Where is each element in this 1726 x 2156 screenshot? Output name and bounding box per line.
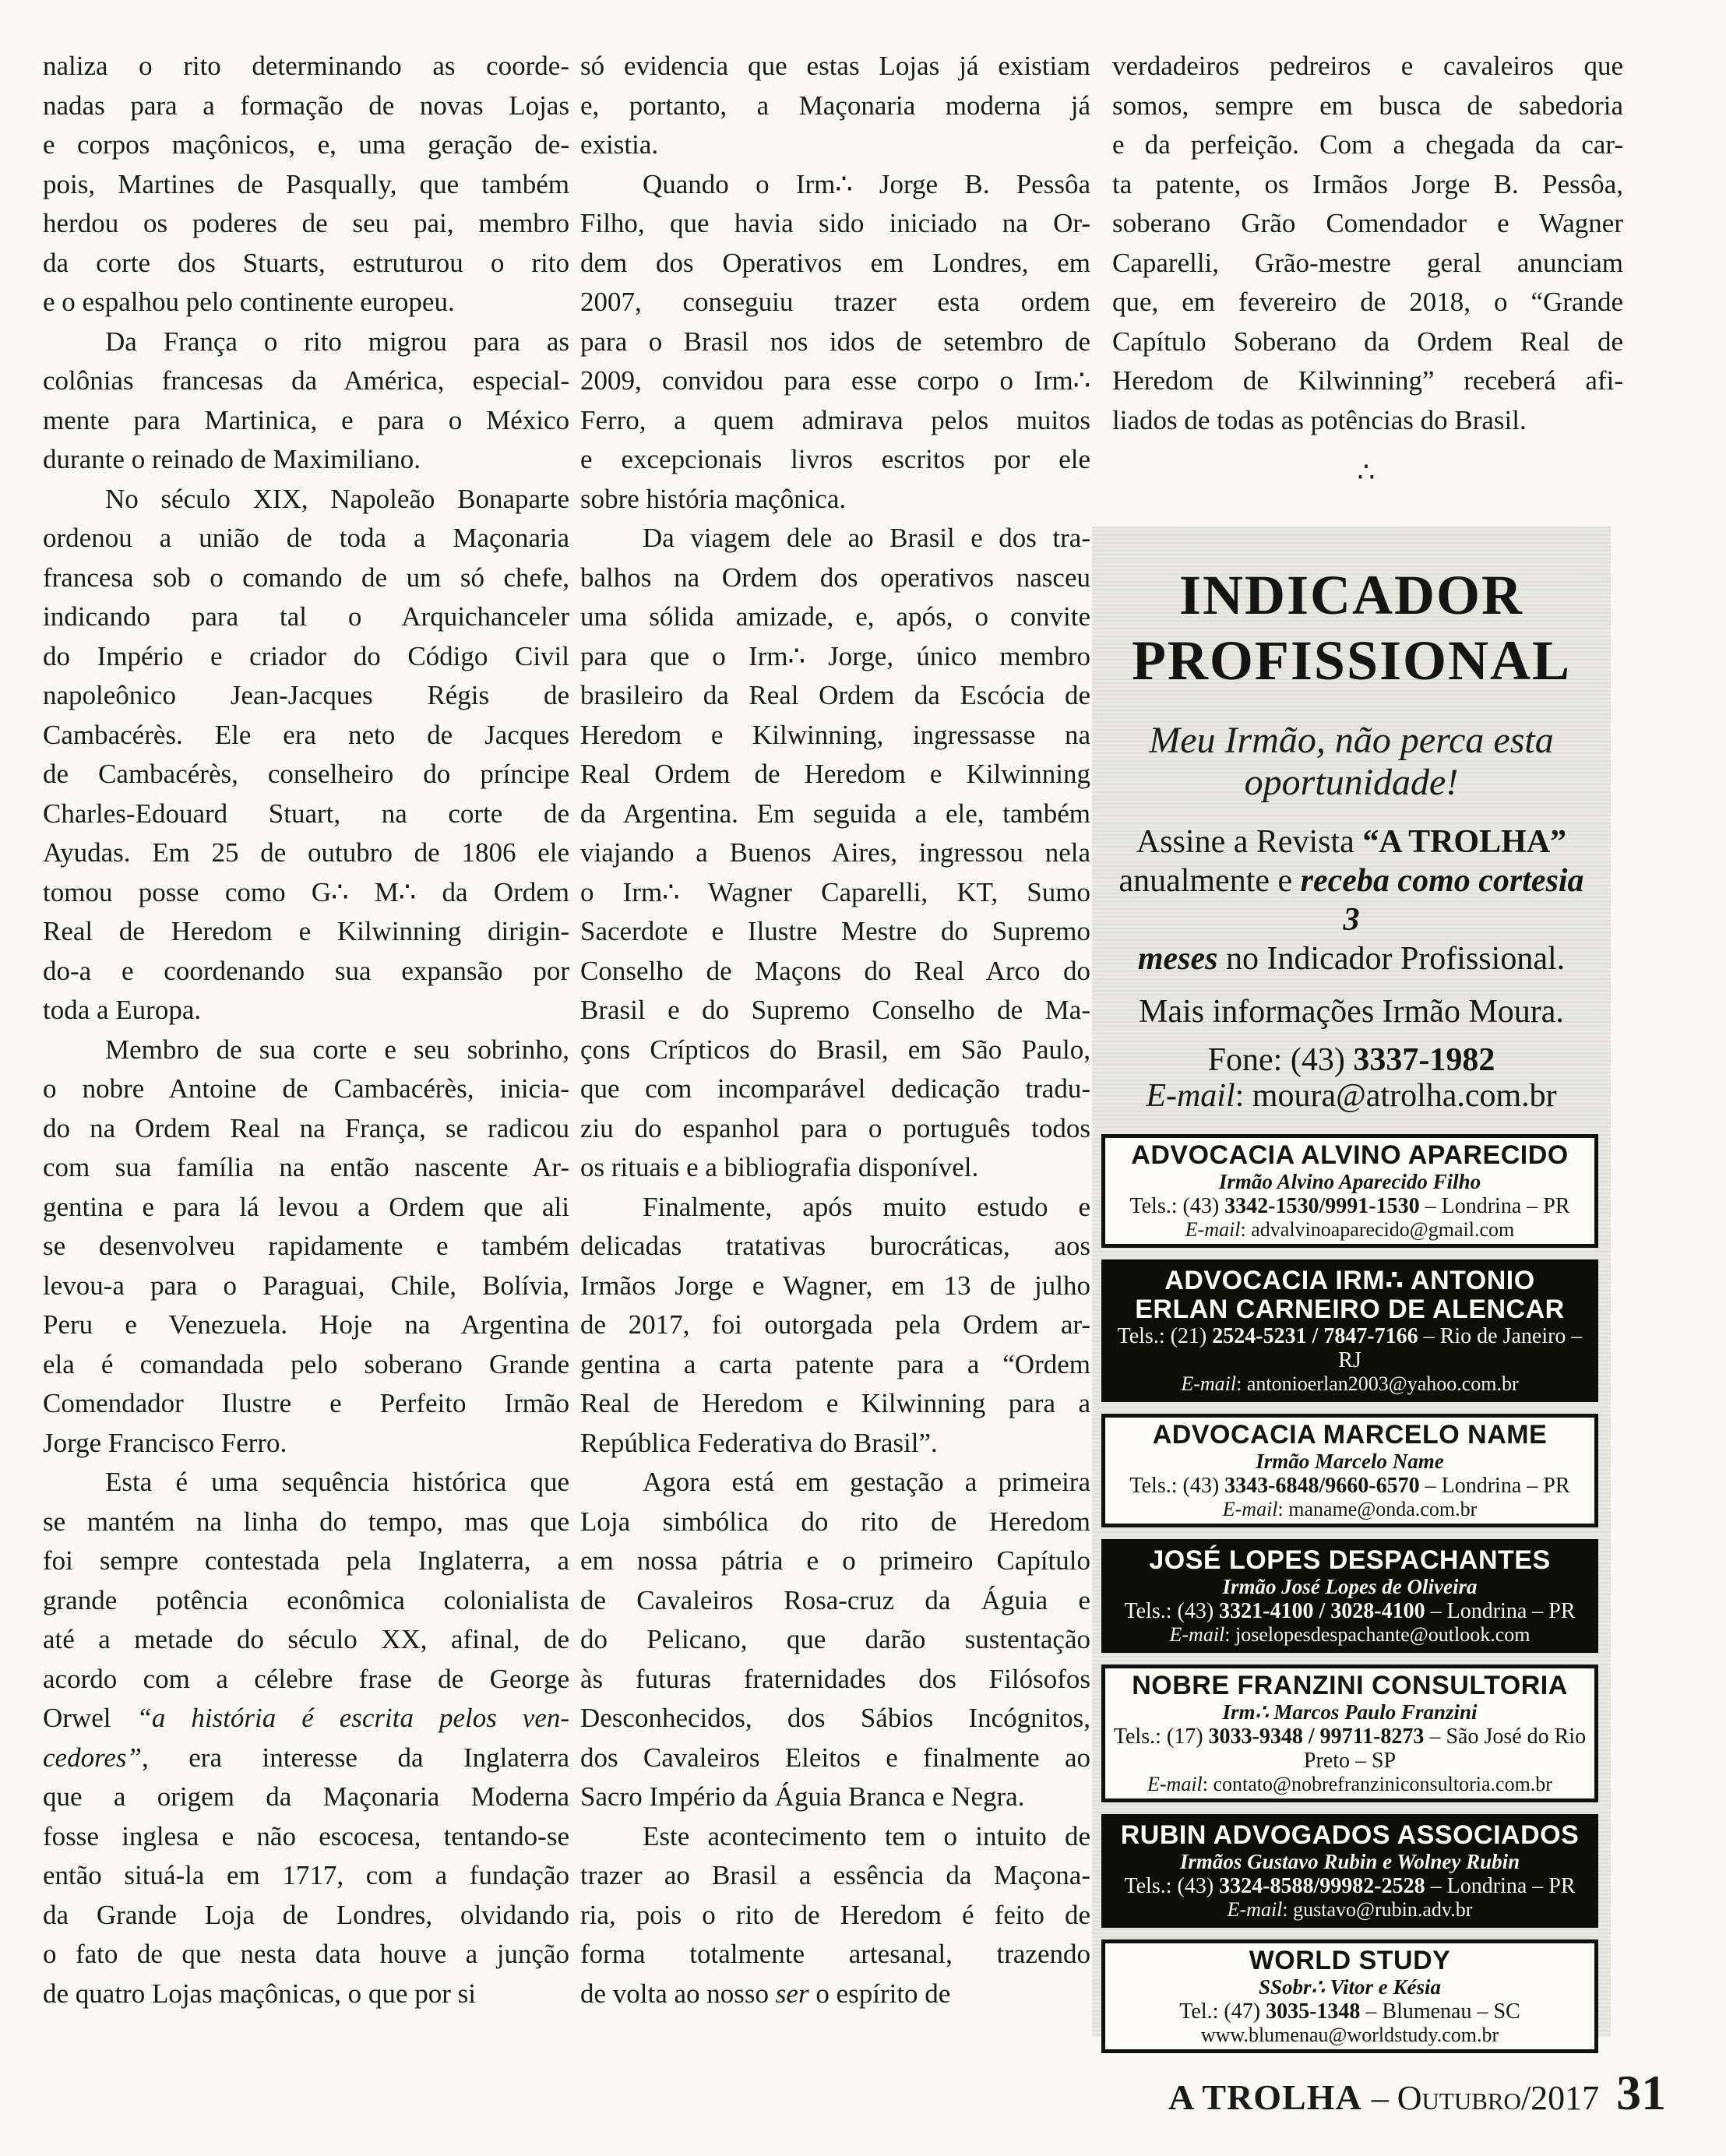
text-line: Caparelli, Grão-mestre geral anunciam <box>1112 244 1623 284</box>
ad-phone-line: Tels.: (43) 3343-6848/9660-6570 – Londri… <box>1110 1474 1590 1498</box>
ad-title: NOBRE FRANZINI CONSULTORIA <box>1110 1672 1590 1700</box>
article-column-middle: só evidencia que estas Lojas já existiam… <box>580 47 1090 2013</box>
text-line: indicando para tal o Arquichanceler <box>43 597 569 637</box>
text-line: brasileiro da Real Ordem da Escócia de <box>580 676 1090 716</box>
text-line: fosse inglesa e não escocesa, tentando-s… <box>43 1817 569 1857</box>
text-line: Cambacérès. Ele era neto de Jacques <box>43 716 569 756</box>
text-line: para o Brasil nos idos de setembro de <box>580 322 1090 362</box>
ad-phone-line: Tels.: (21) 2524-5231 / 7847-7166 – Rio … <box>1110 1324 1590 1372</box>
text-line: toda a Europa. <box>43 991 569 1030</box>
indicator-panel: INDICADORPROFISSIONAL Meu Irmão, não per… <box>1092 527 1611 2037</box>
text-line: Esta é uma sequência histórica que <box>43 1463 569 1503</box>
text-line: às futuras fraternidades dos Filósofos <box>580 1660 1090 1700</box>
text-line: e da perfeição. Com a chegada da car- <box>1112 125 1623 165</box>
text-line: da Argentina. Em seguida a ele, também <box>580 794 1090 834</box>
ad-contact-line: E-mail: contato@nobrefranziniconsultoria… <box>1110 1773 1590 1795</box>
text-line: forma totalmente artesanal, trazendo <box>580 1935 1090 1975</box>
ad-contact-line: E-mail: antonioerlan2003@yahoo.com.br <box>1110 1372 1590 1395</box>
indicator-subscribe-block: Assine a Revista “A TROLHA”anualmente e … <box>1092 823 1611 978</box>
footer-magazine-name: A TROLHA <box>1168 2077 1362 2118</box>
ad-title: JOSÉ LOPES DESPACHANTES <box>1110 1546 1590 1575</box>
ad-title: ADVOCACIA IRM∴ ANTONIO <box>1110 1266 1590 1295</box>
text-line: e excepcionais livros escritos por ele <box>580 440 1090 480</box>
ad-contact-line: E-mail: maname@onda.com.br <box>1110 1498 1590 1520</box>
text-line: se mantém na linha do tempo, mas que <box>43 1503 569 1542</box>
text-line: napoleônico Jean-Jacques Régis de <box>43 676 569 716</box>
text-line: Da viagem dele ao Brasil e dos tra- <box>580 519 1090 558</box>
text-line: acordo com a célebre frase de George <box>43 1660 569 1700</box>
text-line: uma sólida amizade, e, após, o convite <box>580 597 1090 637</box>
text-line: da corte dos Stuarts, estruturou o rito <box>43 244 569 284</box>
ad-title: ERLAN CARNEIRO DE ALENCAR <box>1110 1295 1590 1324</box>
ad-subtitle: Irmão Marcelo Name <box>1110 1450 1590 1474</box>
text-line: o Irm∴ Wagner Caparelli, KT, Sumo <box>580 873 1090 913</box>
text-line: cedores”, era interesse da Inglaterra <box>43 1739 569 1778</box>
text-line: ordenou a união de toda a Maçonaria <box>43 519 569 558</box>
article-column-left: naliza o rito determinando as coorde-nad… <box>43 47 569 2013</box>
text-line: do na Ordem Real na França, se radicou <box>43 1109 569 1149</box>
text-line: francesa sob o comando de um só chefe, <box>43 558 569 598</box>
indicator-subscribe-line: anualmente e receba como cortesia 3 <box>1108 861 1595 939</box>
text-line: Membro de sua corte e seu sobrinho, <box>43 1030 569 1070</box>
text-line: Finalmente, após muito estudo e <box>580 1188 1090 1228</box>
text-line: tomou posse como G∴ M∴ da Ordem <box>43 873 569 913</box>
text-line: até a metade do século XX, afinal, de <box>43 1620 569 1660</box>
text-line: somos, sempre em busca de sabedoria <box>1112 86 1623 126</box>
indicator-motto-line: oportunidade! <box>1106 762 1597 804</box>
ad-contact-line: E-mail: advalvinoaparecido@gmail.com <box>1110 1218 1590 1241</box>
text-line: Ayudas. Em 25 de outubro de 1806 ele <box>43 833 569 873</box>
text-line: de volta ao nosso ser o espírito de <box>580 1975 1090 2014</box>
text-line: colônias francesas da América, especial- <box>43 361 569 401</box>
text-line: então situá-la em 1717, com a fundação <box>43 1856 569 1896</box>
ad-card-4: JOSÉ LOPES DESPACHANTESIrmão José Lopes … <box>1101 1539 1598 1653</box>
text-line: 2007, conseguiu trazer esta ordem <box>580 283 1090 322</box>
text-line: Loja simbólica do rito de Heredom <box>580 1503 1090 1542</box>
ad-title: ADVOCACIA ALVINO APARECIDO <box>1110 1141 1590 1170</box>
text-line: do Império e criador do Código Civil <box>43 637 569 677</box>
indicator-email-line: E-mail: moura@atrolha.com.br <box>1108 1078 1595 1114</box>
text-line: existia. <box>580 125 1090 165</box>
text-line: naliza o rito determinando as coorde- <box>43 47 569 86</box>
text-line: Peru e Venezuela. Hoje na Argentina <box>43 1305 569 1345</box>
ad-subtitle: SSobr∴ Vitor e Késia <box>1110 1975 1590 1999</box>
text-line: verdadeiros pedreiros e cavaleiros que <box>1112 47 1623 86</box>
text-line: da Grande Loja de Londres, olvidando <box>43 1896 569 1936</box>
text-line: herdou os poderes de seu pai, membro <box>43 204 569 244</box>
text-line: de quatro Lojas maçônicas, o que por si <box>43 1975 569 2014</box>
text-line: Sacerdote e Ilustre Mestre do Supremo <box>580 912 1090 952</box>
ad-card-3: ADVOCACIA MARCELO NAMEIrmão Marcelo Name… <box>1101 1414 1598 1527</box>
text-line: e o espalhou pelo continente europeu. <box>43 283 569 322</box>
indicator-phone-line: Fone: (43) 3337-1982 <box>1108 1042 1595 1078</box>
text-line: de Cambacérès, conselheiro do príncipe <box>43 755 569 794</box>
text-line: viajando a Buenos Aires, ingressou nela <box>580 833 1090 873</box>
indicator-title-line: PROFISSIONAL <box>1106 628 1597 693</box>
ad-title: ADVOCACIA MARCELO NAME <box>1110 1421 1590 1450</box>
text-line: pois, Martines de Pasqually, que também <box>43 165 569 205</box>
ad-title: RUBIN ADVOGADOS ASSOCIADOS <box>1110 1821 1590 1850</box>
text-line: do Pelicano, que darão sustentação <box>580 1620 1090 1660</box>
ad-subtitle: Irmão Alvino Aparecido Filho <box>1110 1170 1590 1194</box>
indicator-title-line: INDICADOR <box>1106 562 1597 628</box>
text-line: ta patente, os Irmãos Jorge B. Pessôa, <box>1112 165 1623 205</box>
text-line: soberano Grão Comendador e Wagner <box>1112 204 1623 244</box>
text-line: com sua família na então nascente Ar- <box>43 1148 569 1188</box>
text-line: só evidencia que estas Lojas já existiam <box>580 47 1090 86</box>
indicator-motto: Meu Irmão, não perca estaoportunidade! <box>1092 720 1611 804</box>
text-line: Jorge Francisco Ferro. <box>43 1424 569 1464</box>
ad-phone-line: Tels.: (17) 3033-9348 / 99711-8273 – São… <box>1110 1724 1590 1773</box>
ad-subtitle: Irmãos Gustavo Rubin e Wolney Rubin <box>1110 1850 1590 1874</box>
text-line: ziu do espanhol para o português todos <box>580 1109 1090 1149</box>
text-line: Real Ordem de Heredom e Kilwinning <box>580 755 1090 794</box>
indicator-motto-line: Meu Irmão, não perca esta <box>1106 720 1597 762</box>
text-line: Heredom de Kilwinning” receberá afi- <box>1112 361 1623 401</box>
indicator-info-line: Mais informações Irmão Moura. <box>1108 994 1595 1030</box>
indicator-subscribe-line: meses no Indicador Profissional. <box>1108 939 1595 978</box>
text-line: Comendador Ilustre e Perfeito Irmão <box>43 1384 569 1424</box>
text-line: trazer ao Brasil a essência da Maçona- <box>580 1856 1090 1896</box>
text-line: Sacro Império da Águia Branca e Negra. <box>580 1777 1090 1817</box>
text-line: Filho, que havia sido iniciado na Or- <box>580 204 1090 244</box>
footer-page-number: 31 <box>1616 2064 1666 2122</box>
text-line: Conselho de Maçons do Real Arco do <box>580 952 1090 992</box>
ad-title: WORLD STUDY <box>1110 1946 1590 1975</box>
text-line: mente para Martinica, e para o México <box>43 401 569 441</box>
ad-subtitle: Irmão José Lopes de Oliveira <box>1110 1575 1590 1599</box>
text-line: levou-a para o Paraguai, Chile, Bolívia, <box>43 1266 569 1306</box>
ad-phone-line: Tels.: (43) 3324-8588/99982-2528 – Londr… <box>1110 1874 1590 1898</box>
indicator-title: INDICADORPROFISSIONAL <box>1092 562 1611 693</box>
text-line: em nossa pátria e o primeiro Capítulo <box>580 1541 1090 1581</box>
text-line: dos Cavaleiros Eleitos e finalmente ao <box>580 1739 1090 1778</box>
text-line: de Cavaleiros Rosa-cruz da Águia e <box>580 1581 1090 1621</box>
text-line: e corpos maçônicos, e, uma geração de- <box>43 125 569 165</box>
text-line: Real de Heredom e Kilwinning para a <box>580 1384 1090 1424</box>
text-line: Da França o rito migrou para as <box>43 322 569 362</box>
text-line: 2009, convidou para esse corpo o Irm∴ <box>580 361 1090 401</box>
text-line: o nobre Antoine de Cambacérès, inicia- <box>43 1069 569 1109</box>
text-line: ela é comandada pelo soberano Grande <box>43 1345 569 1385</box>
text-line: Desconhecidos, dos Sábios Incógnitos, <box>580 1699 1090 1739</box>
text-line: Brasil e do Supremo Conselho de Ma- <box>580 991 1090 1030</box>
text-line: Orwel “a história é escrita pelos ven- <box>43 1699 569 1739</box>
text-line: Irmãos Jorge e Wagner, em 13 de julho <box>580 1266 1090 1306</box>
text-line: para que o Irm∴ Jorge, único membro <box>580 637 1090 677</box>
footer-issue: – Outubro/2017 <box>1372 2078 1599 2118</box>
text-line: gentina e para lá levou a Ordem que ali <box>43 1188 569 1228</box>
text-line: nadas para a formação de novas Lojas <box>43 86 569 126</box>
text-line: Capítulo Soberano da Ordem Real de <box>1112 322 1623 362</box>
ad-contact-line: E-mail: joselopesdespachante@outlook.com <box>1110 1623 1590 1646</box>
ad-contact-line: E-mail: gustavo@rubin.adv.br <box>1110 1898 1590 1921</box>
indicator-subscribe-line: Assine a Revista “A TROLHA” <box>1108 823 1595 861</box>
text-line: que a origem da Maçonaria Moderna <box>43 1777 569 1817</box>
page-footer: A TROLHA – Outubro/2017 31 <box>1168 2064 1666 2122</box>
text-line: se desenvolveu rapidamente e também <box>43 1227 569 1266</box>
text-line: balhos na Ordem dos operativos nasceu <box>580 558 1090 598</box>
text-line: Heredom e Kilwinning, ingressasse na <box>580 716 1090 756</box>
ad-card-2: ADVOCACIA IRM∴ ANTONIOERLAN CARNEIRO DE … <box>1101 1259 1598 1402</box>
text-line: Charles-Edouard Stuart, na corte de <box>43 794 569 834</box>
text-line: República Federativa do Brasil”. <box>580 1424 1090 1464</box>
text-line: ria, pois o rito de Heredom é feito de <box>580 1896 1090 1936</box>
text-line: liados de todas as potências do Brasil. <box>1112 401 1623 441</box>
ad-phone-line: Tels.: (43) 3342-1530/9991-1530 – Londri… <box>1110 1194 1590 1218</box>
text-line: çons Crípticos do Brasil, em São Paulo, <box>580 1030 1090 1070</box>
text-line: Este acontecimento tem o intuito de <box>580 1817 1090 1857</box>
text-line: gentina a carta patente para a “Ordem <box>580 1345 1090 1385</box>
text-line: Real de Heredom e Kilwinning dirigin- <box>43 912 569 952</box>
text-line: sobre história maçônica. <box>580 480 1090 520</box>
ad-card-6: RUBIN ADVOGADOS ASSOCIADOSIrmãos Gustavo… <box>1101 1814 1598 1928</box>
ad-subtitle: Irm∴ Marcos Paulo Franzini <box>1110 1700 1590 1724</box>
text-line: Quando o Irm∴ Jorge B. Pessôa <box>580 165 1090 205</box>
text-line: foi sempre contestada pela Inglaterra, a <box>43 1541 569 1581</box>
text-line: delicadas tratativas burocráticas, aos <box>580 1227 1090 1266</box>
text-line: No século XIX, Napoleão Bonaparte <box>43 480 569 520</box>
text-line: de 2017, foi outorgada pela Ordem ar- <box>580 1305 1090 1345</box>
ad-phone-line: Tels.: (43) 3321-4100 / 3028-4100 – Lond… <box>1110 1599 1590 1623</box>
ads-list: ADVOCACIA ALVINO APARECIDOIrmão Alvino A… <box>1092 1134 1611 2053</box>
ad-phone-line: Tel.: (47) 3035-1348 – Blumenau – SC <box>1110 1999 1590 2024</box>
text-line: Agora está em gestação a primeira <box>580 1463 1090 1503</box>
text-line: que, em fevereiro de 2018, o “Grande <box>1112 283 1623 322</box>
ad-card-5: NOBRE FRANZINI CONSULTORIAIrm∴ Marcos Pa… <box>1101 1665 1598 1802</box>
ad-card-7: WORLD STUDYSSobr∴ Vitor e KésiaTel.: (47… <box>1101 1939 1598 2053</box>
text-line: Ferro, a quem admirava pelos muitos <box>580 401 1090 441</box>
text-line: do-a e coordenando sua expansão por <box>43 952 569 992</box>
text-line: durante o reinado de Maximiliano. <box>43 440 569 480</box>
article-end-mark: ∴ <box>1112 456 1623 488</box>
text-line: os rituais e a bibliografia disponível. <box>580 1148 1090 1188</box>
article-column-right: verdadeiros pedreiros e cavaleiros queso… <box>1112 47 1623 440</box>
text-line: e, portanto, a Maçonaria moderna já <box>580 86 1090 126</box>
text-line: dem dos Operativos em Londres, em <box>580 244 1090 284</box>
text-line: que com incomparável dedicação tradu- <box>580 1069 1090 1109</box>
ad-card-1: ADVOCACIA ALVINO APARECIDOIrmão Alvino A… <box>1101 1134 1598 1248</box>
ad-contact-line: www.blumenau@worldstudy.com.br <box>1110 2024 1590 2046</box>
text-line: grande potência econômica colonialista <box>43 1581 569 1621</box>
text-line: o fato de que nesta data houve a junção <box>43 1935 569 1975</box>
